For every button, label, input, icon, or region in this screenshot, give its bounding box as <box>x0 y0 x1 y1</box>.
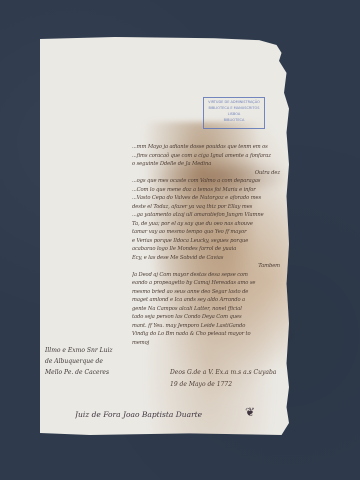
closing-line: Deos G.de a V. Ex.a m.s a.s Cuyaba <box>170 367 289 379</box>
body-line: maget amlond e Ica ands sey aldo Arrando… <box>132 296 284 305</box>
body-line: ...ga yatamento alzaj ull amaratiefon Ju… <box>132 211 284 220</box>
body-line: ...Com lo que mene doz a temos foi Maria… <box>132 186 284 195</box>
addressee-line: Mello Pe. de Caceres <box>45 367 137 378</box>
body-line: tamar vay ao mesmo tempo quo Yeo ff mayo… <box>132 228 284 237</box>
stamp-line: BIBLIOTECA <box>204 117 264 123</box>
body-line: ...mm Mayo ja adiante dosse pouidas que … <box>132 143 284 152</box>
signature: Juiz de Fora Joao Baptista Duarte <box>75 409 255 421</box>
body-line: ...ogs que mes ocaste com Valmo a com de… <box>132 177 284 186</box>
body-line: memoj <box>132 339 284 348</box>
addressee-line: Illmo e Exmo Snr Luiz <box>45 345 137 356</box>
body-line: Tambem <box>132 262 284 271</box>
body-line: Vindig do Lo Bm nada & Cho peleaut mayor… <box>132 330 284 339</box>
body-line: tado seja person las Condo Deya Com ques <box>132 313 284 322</box>
body-line: ...fims coracaõ que com a ciga Ignal ame… <box>132 152 284 161</box>
body-line: Ecy, e las dese Me Sobvid de Cavias <box>132 254 284 263</box>
body-line: mesmo bried ao seus anne deo Segar lasto… <box>132 288 284 297</box>
addressee-block: Illmo e Exmo Snr Luiz de Albuquerque de … <box>45 345 137 378</box>
body-line: eando a propeagetto by Camaj Hereadas am… <box>132 279 284 288</box>
manuscript-page: VIRTUDE DE ADMINISTRAÇÃO BIBLIOTECA E MA… <box>40 37 289 435</box>
rubric-flourish-icon: ❦ <box>245 405 261 421</box>
body-line: deste el Todaz, afazer ya vaq thiz por E… <box>132 203 284 212</box>
body-line: e Verias porque Ildoca Leucky, segues po… <box>132 237 284 246</box>
body-line: gente Na Campos alcali Latter, nonel ffi… <box>132 305 284 314</box>
body-line: o seguinte Ddelle de Ja Medina <box>132 160 284 169</box>
body-line: acabarao logo Ile Mondes farrol de yuaia <box>132 245 284 254</box>
body-line: mant. ff Yeu. may Jemporo Leide LastiGan… <box>132 322 284 331</box>
body-line: Outra dez <box>132 169 284 178</box>
addressee-line: de Albuquerque de <box>45 356 137 367</box>
closing-block: Deos G.de a V. Ex.a m.s a.s Cuyaba 19 de… <box>170 367 289 391</box>
archive-stamp: VIRTUDE DE ADMINISTRAÇÃO BIBLIOTECA E MA… <box>203 97 265 129</box>
letter-body: ...mm Mayo ja adiante dosse pouidas que … <box>132 143 284 347</box>
date-line: 19 de Mayo de 1772 <box>170 379 289 391</box>
body-line: Ja Deod aj Com mayor destas desa sepse c… <box>132 271 284 280</box>
body-line: Ta, de yua; por el ay say que du oeo nas… <box>132 220 284 229</box>
body-line: ...Vasto Cepa do Valves de Nutorgoz e af… <box>132 194 284 203</box>
